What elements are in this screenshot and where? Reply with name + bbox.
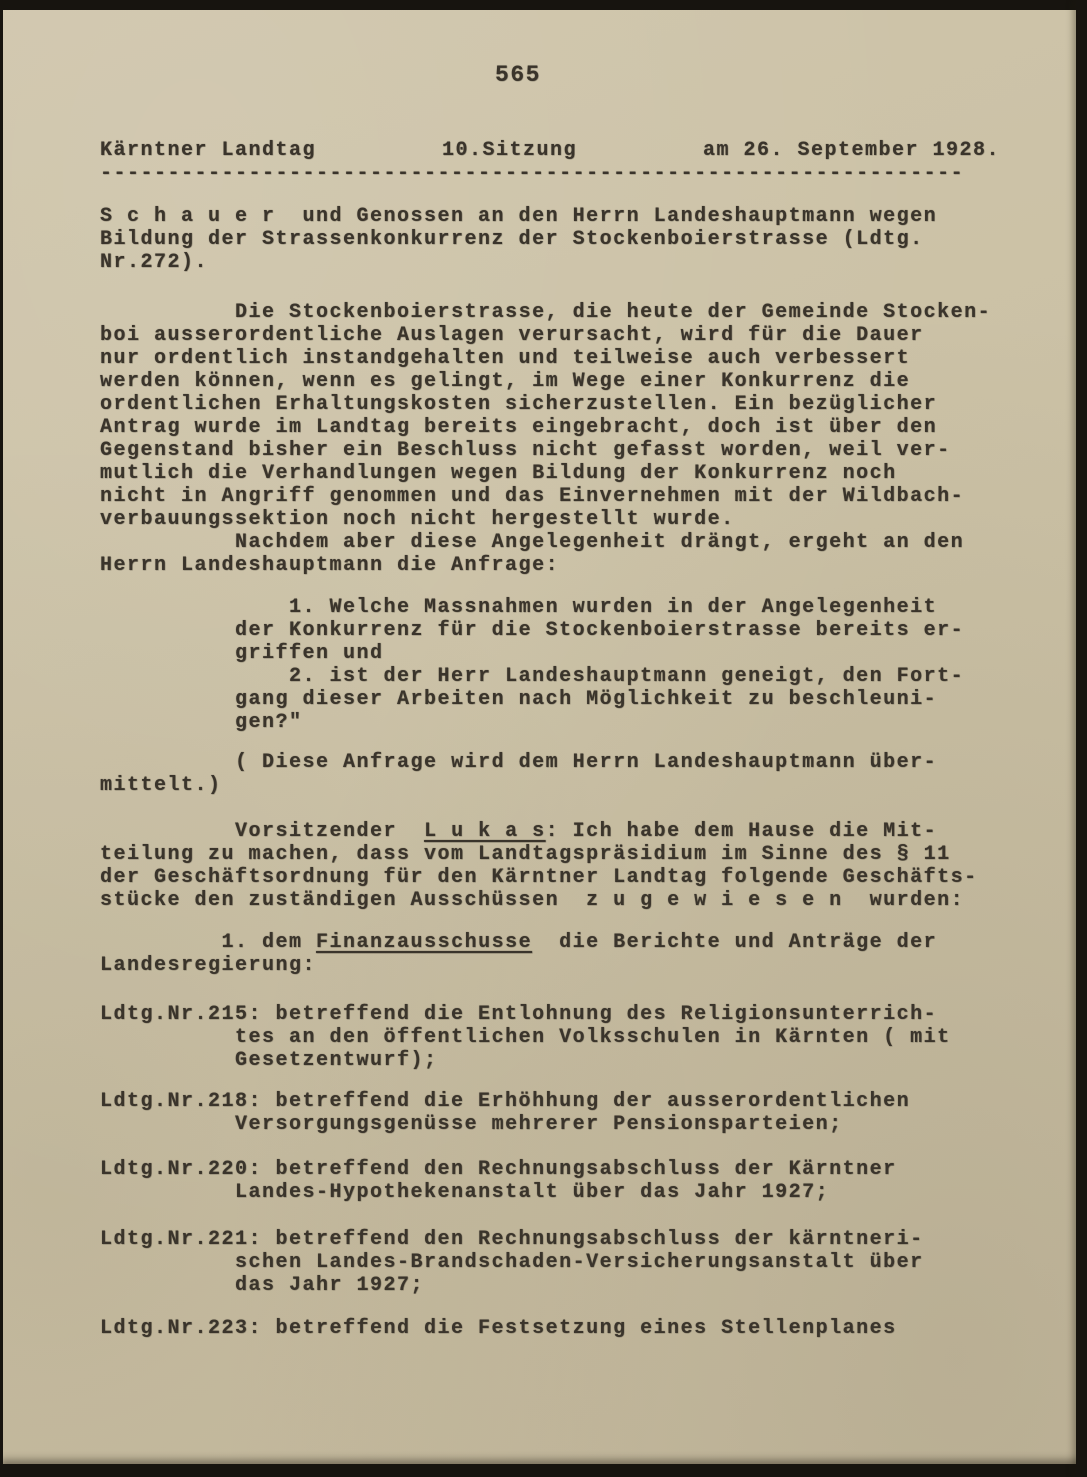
session-header: Kärntner Landtag10.Sitzungam 26. Septemb… <box>100 139 1000 162</box>
scan-edge-top <box>0 0 1087 10</box>
page-number: 565 <box>68 64 968 87</box>
speaker-name: L u k a s <box>424 820 546 843</box>
ldtg-entry: Ldtg.Nr.220: betreffend den Rechnungsabs… <box>100 1158 1000 1204</box>
paragraph-chair-announcement: Vorsitzender L u k a s: Ich habe dem Hau… <box>100 820 1000 912</box>
header-session-number: 10.Sitzung <box>442 139 577 162</box>
assignment-prefix: 1. dem <box>100 931 316 954</box>
dashed-divider: ----------------------------------------… <box>100 162 1000 185</box>
header-body-title: Kärntner Landtag <box>100 139 316 162</box>
scan-edge-bottom <box>0 1464 1087 1477</box>
header-date: am 26. September 1928. <box>703 139 1000 162</box>
scanned-page: 565 Kärntner Landtag10.Sitzungam 26. Sep… <box>0 0 1087 1477</box>
paragraph-intro-motion: S c h a u e r und Genossen an den Herrn … <box>100 205 1000 274</box>
ldtg-entry: Ldtg.Nr.215: betreffend die Entlohnung d… <box>100 1003 1000 1072</box>
scan-edge-left <box>0 0 3 1477</box>
paragraph-committee-assignment: 1. dem Finanzausschusse die Berichte und… <box>100 931 1000 977</box>
paragraph-main-body: Die Stockenboierstrasse, die heute der G… <box>100 301 1000 577</box>
paragraph-questions: 1. Welche Massnahmen wurden in der Angel… <box>100 596 1000 734</box>
ldtg-entry: Ldtg.Nr.218: betreffend die Erhöhhung de… <box>100 1090 1000 1136</box>
scan-edge-right <box>1076 0 1087 1477</box>
ldtg-entry: Ldtg.Nr.221: betreffend den Rechnungsabs… <box>100 1228 1000 1297</box>
chair-prefix: Vorsitzender <box>100 820 424 843</box>
page-content: 565 Kärntner Landtag10.Sitzungam 26. Sep… <box>100 64 1000 1340</box>
paragraph-transmittal-note: ( Diese Anfrage wird dem Herrn Landeshau… <box>100 751 1000 797</box>
committee-name: Finanzausschusse <box>316 931 532 954</box>
ldtg-entry: Ldtg.Nr.223: betreffend die Festsetzung … <box>100 1317 1000 1340</box>
